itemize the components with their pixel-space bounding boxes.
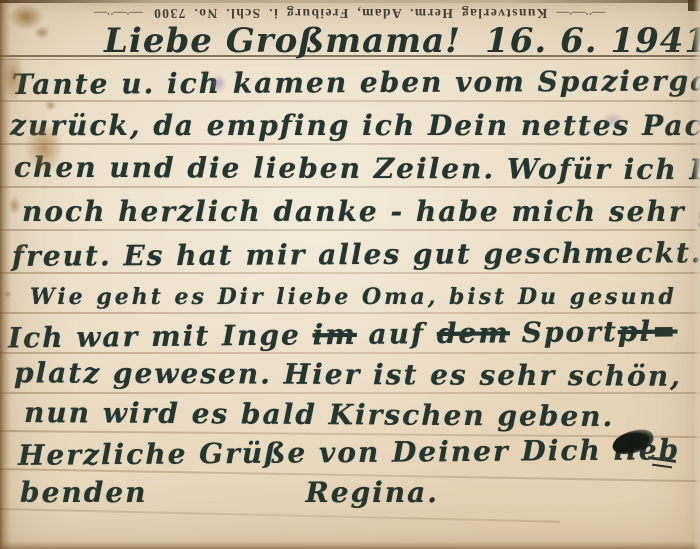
handwriting-segment: Herzliche Grüße von Deiner Dich lieb [18,433,680,472]
handwriting-segment: Ich war mit Inge [8,318,313,354]
handwriting-segment: freut. Es hat mir alles gut geschmeckt. [12,236,700,273]
handwriting-segment: Regina. [306,476,440,509]
card-edge-bottom [0,541,700,549]
handwriting-line: zurück, da empfing ich Dein nettes Packe… [10,109,700,142]
greeting-line: Liebe Großmama!16. 6. 1941 [104,21,700,61]
handwriting-line: freut. Es hat mir alles gut geschmeckt. [12,236,700,273]
handwriting-line: Tante u. ich kamen eben vom Spaziergang [12,64,700,101]
ruled-line [0,143,700,145]
handwriting-segment: chen und die lieben Zeilen. Wofür ich Di… [14,151,700,187]
handwriting-line: nun wird es bald Kirschen geben. [24,396,615,433]
handwriting-line: Ich war mit Inge im auf dem Sportpl= [8,314,678,354]
handwriting-segment: zurück, da empfing ich Dein nettes Packe… [10,109,700,142]
handwriting-segment: Wie geht es Dir liebe Oma, bist Du gesun… [30,284,677,310]
handwriting-segment: pl= [618,314,678,348]
handwriting-segment: auf [357,317,437,351]
publisher-imprint: —··—·—Kunstverlag Herm. Adam, Freiburg i… [0,5,700,21]
ruled-line [0,508,560,523]
card-edge-top [0,0,700,3]
handwriting-line: Herzliche Grüße von Deiner Dich lieb [18,433,680,472]
handwriting-segment: platz gewesen. Hier ist es sehr schön, [14,356,682,392]
handwriting-segment: benden [20,476,148,509]
handwriting-segment: Tante u. ich kamen eben vom Spaziergang [12,64,700,101]
handwriting-line: platz gewesen. Hier ist es sehr schön, [14,356,682,392]
ruled-line [0,312,700,314]
handwriting-line: noch herzlich danke - habe mich sehr ge- [22,195,700,228]
handwriting-segment: dem [437,316,510,350]
handwriting-segment: im [312,318,357,351]
postcard-scan: —··—·—Kunstverlag Herm. Adam, Freiburg i… [0,0,700,549]
card-edge-left [0,0,11,549]
salutation: Liebe Großmama! [104,21,461,61]
handwriting-segment: nun wird es bald Kirschen geben. [24,396,615,433]
handwriting-segment: noch herzlich danke - habe mich sehr ge- [22,195,700,228]
handwriting-line: bendenRegina. [20,476,439,509]
date: 16. 6. 1941 [485,21,700,61]
handwriting-line: chen und die lieben Zeilen. Wofür ich Di… [14,151,700,187]
stain [34,26,50,39]
handwriting-line: Wie geht es Dir liebe Oma, bist Du gesun… [30,284,677,310]
imprint-ornament-right: —·—··— [95,6,143,21]
handwriting-segment: Sport [510,315,618,349]
card-edge-right [693,0,700,549]
imprint-text: Kunstverlag Herm. Adam, Freiburg i. Schl… [153,6,548,21]
ruled-line [0,229,700,231]
imprint-ornament-left: —··—·— [557,6,605,21]
ruled-line [0,186,700,188]
